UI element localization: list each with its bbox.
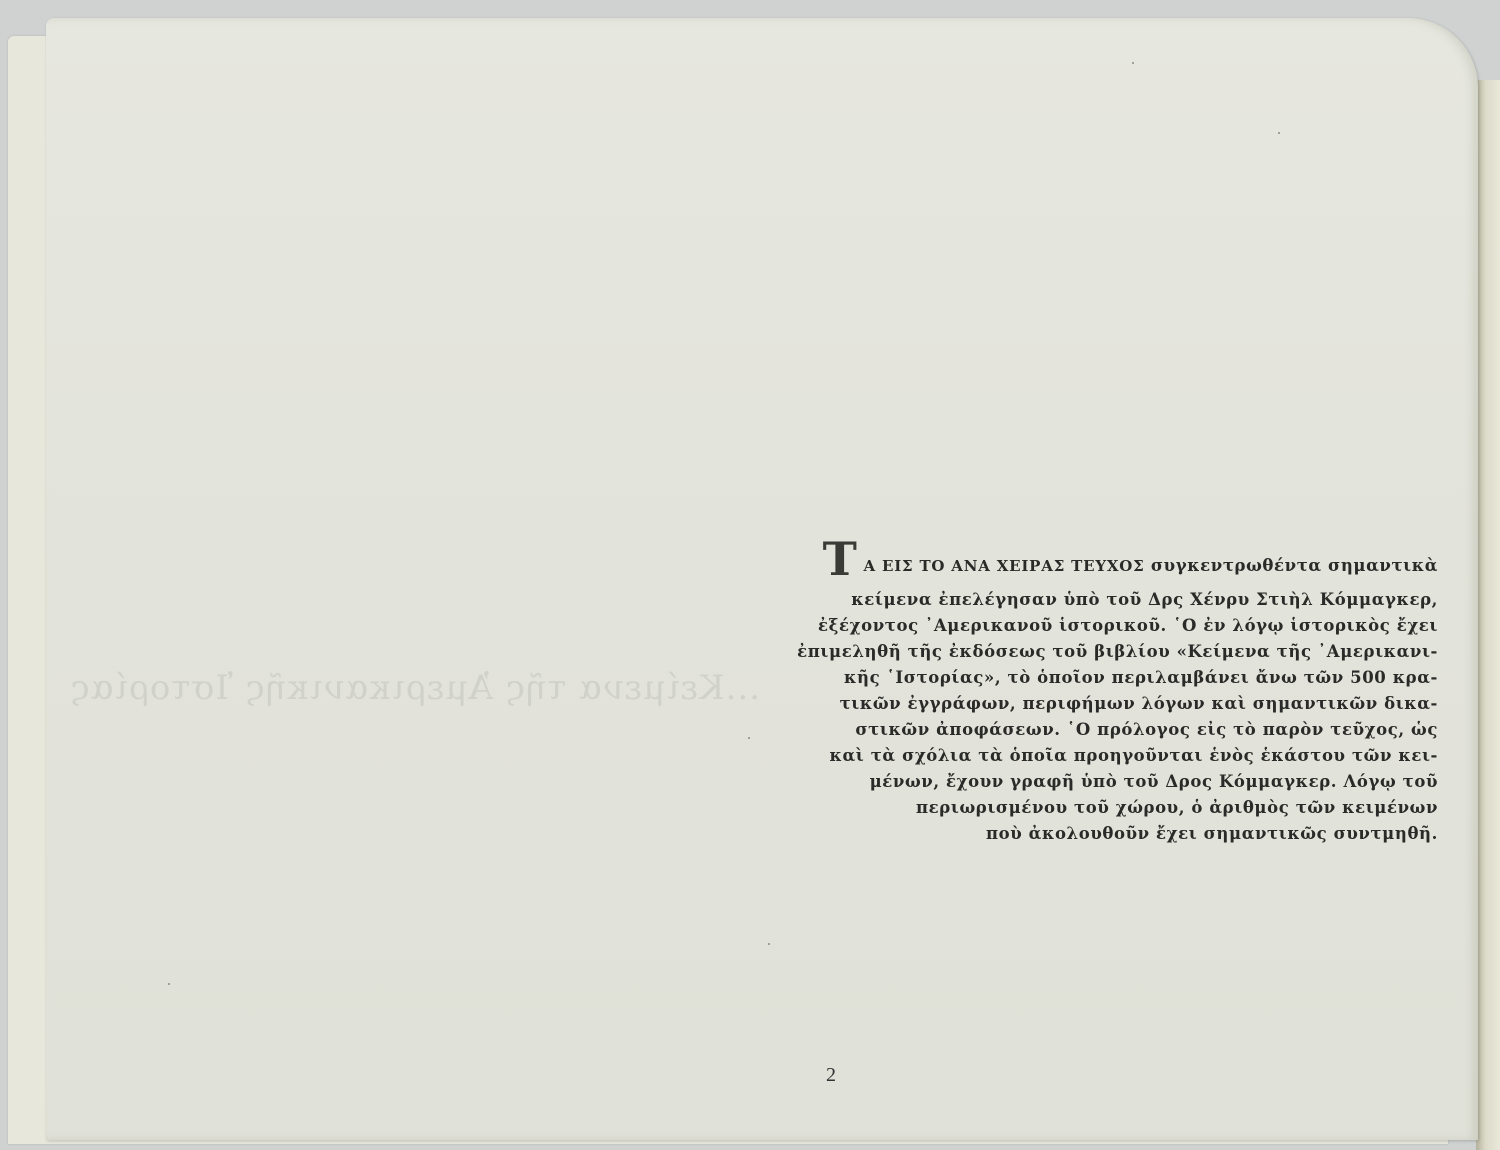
text-line: μένων, ἔχουν γραφῆ ὑπὸ τοῦ Δρος Κόμμαγκε… (740, 769, 1438, 795)
text-line: ἐπιμεληθῆ τῆς ἐκδόσεως τοῦ βιβλίου «Κείμ… (740, 639, 1438, 665)
text-line: κείμενα ἐπελέγησαν ὑπὸ τοῦ Δρς Χένρυ Στι… (740, 587, 1438, 613)
page-number: 2 (826, 1064, 836, 1087)
paper-speck (168, 983, 170, 985)
show-through-text: ...Κείμενα τῆς Ἀμερικανικῆς Ἱστορίας (140, 668, 760, 708)
text-line: τικῶν ἐγγράφων, περιφήμων λόγων καὶ σημα… (740, 691, 1438, 717)
paper-speck (748, 737, 750, 739)
first-line: TΑ ΕΙΣ ΤΟ ΑΝΑ ΧΕΙΡΑΣ ΤΕΥΧΟΣ συγκεντρωθέν… (740, 540, 1438, 579)
text-line: ποὺ ἀκολουθοῦν ἔχει σημαντικῶς συντμηθῆ. (740, 821, 1438, 847)
first-line-text: συγκεντρωθέντα σημαντικὰ (1145, 556, 1438, 575)
paper-speck (1132, 62, 1134, 64)
paper-speck (1278, 132, 1280, 134)
text-line: περιωρισμένου τοῦ χώρου, ὁ ἀριθμὸς τῶν κ… (740, 795, 1438, 821)
text-line: στικῶν ἀποφάσεων. ῾Ο πρόλογος εἰς τὸ παρ… (740, 717, 1438, 743)
book-right-edge (1476, 80, 1500, 1150)
intro-paragraph: TΑ ΕΙΣ ΤΟ ΑΝΑ ΧΕΙΡΑΣ ΤΕΥΧΟΣ συγκεντρωθέν… (740, 540, 1438, 847)
text-line: κῆς ῾Ιστορίας», τὸ ὁποῖον περιλαμβάνει ἄ… (740, 665, 1438, 691)
paper-speck (768, 943, 770, 945)
text-line: καὶ τὰ σχόλια τὰ ὁποῖα προηγοῦνται ἑνὸς … (740, 743, 1438, 769)
drop-cap: T (823, 532, 858, 586)
caps-lead-in: Α ΕΙΣ ΤΟ ΑΝΑ ΧΕΙΡΑΣ ΤΕΥΧΟΣ (864, 557, 1145, 575)
text-line: ἐξέχοντος ᾽Αμερικανοῦ ἱστορικοῦ. ῾Ο ἐν λ… (740, 613, 1438, 639)
